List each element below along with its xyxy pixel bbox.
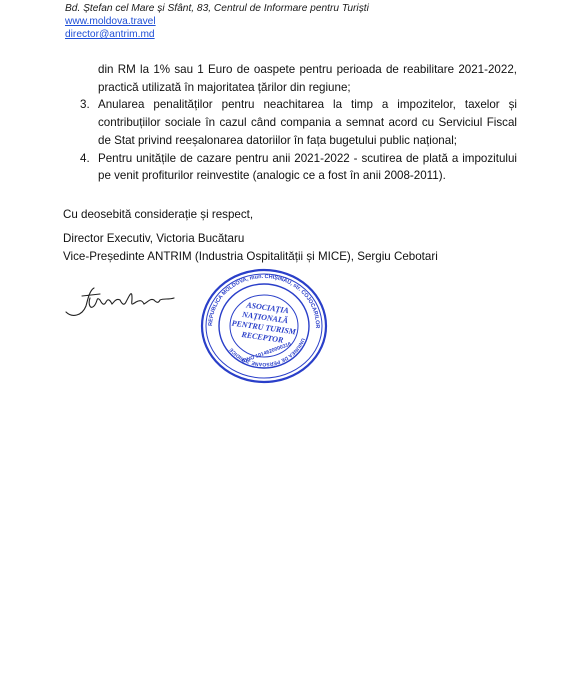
address: Bd. Ștefan cel Mare și Sfânt, 83, Centru… — [65, 2, 369, 15]
official-stamp: REPUBLICA MOLDOVA, mun. CHIȘINĂU, str. C… — [197, 266, 331, 386]
list-item-text: Pentru unitățile de cazare pentru anii 2… — [98, 152, 517, 183]
handwritten-signature — [60, 284, 180, 320]
email-link[interactable]: director@antrim.md — [65, 28, 369, 41]
list-item-text: Anularea penalităților pentru neachitare… — [98, 98, 517, 146]
list-item-continuation: din RM la 1% sau 1 Euro de oaspete pentr… — [80, 61, 517, 96]
list-number: 3. — [80, 96, 90, 114]
list-item: 3. Anularea penalităților pentru neachit… — [80, 96, 517, 149]
signatory-vice-president: Vice-Președinte ANTRIM (Industria Ospita… — [63, 248, 438, 266]
signatory-director: Director Executiv, Victoria Bucătaru — [63, 230, 438, 248]
numbered-list: din RM la 1% sau 1 Euro de oaspete pentr… — [80, 61, 517, 185]
closing-phrase: Cu deosebită considerație și respect, — [63, 208, 253, 221]
signatories: Director Executiv, Victoria Bucătaru Vic… — [63, 230, 438, 265]
website-link[interactable]: www.moldova.travel — [65, 15, 369, 28]
list-item: 4. Pentru unitățile de cazare pentru ani… — [80, 150, 517, 185]
list-number: 4. — [80, 150, 90, 168]
letterhead-footer: Bd. Ștefan cel Mare și Sfânt, 83, Centru… — [65, 2, 369, 41]
